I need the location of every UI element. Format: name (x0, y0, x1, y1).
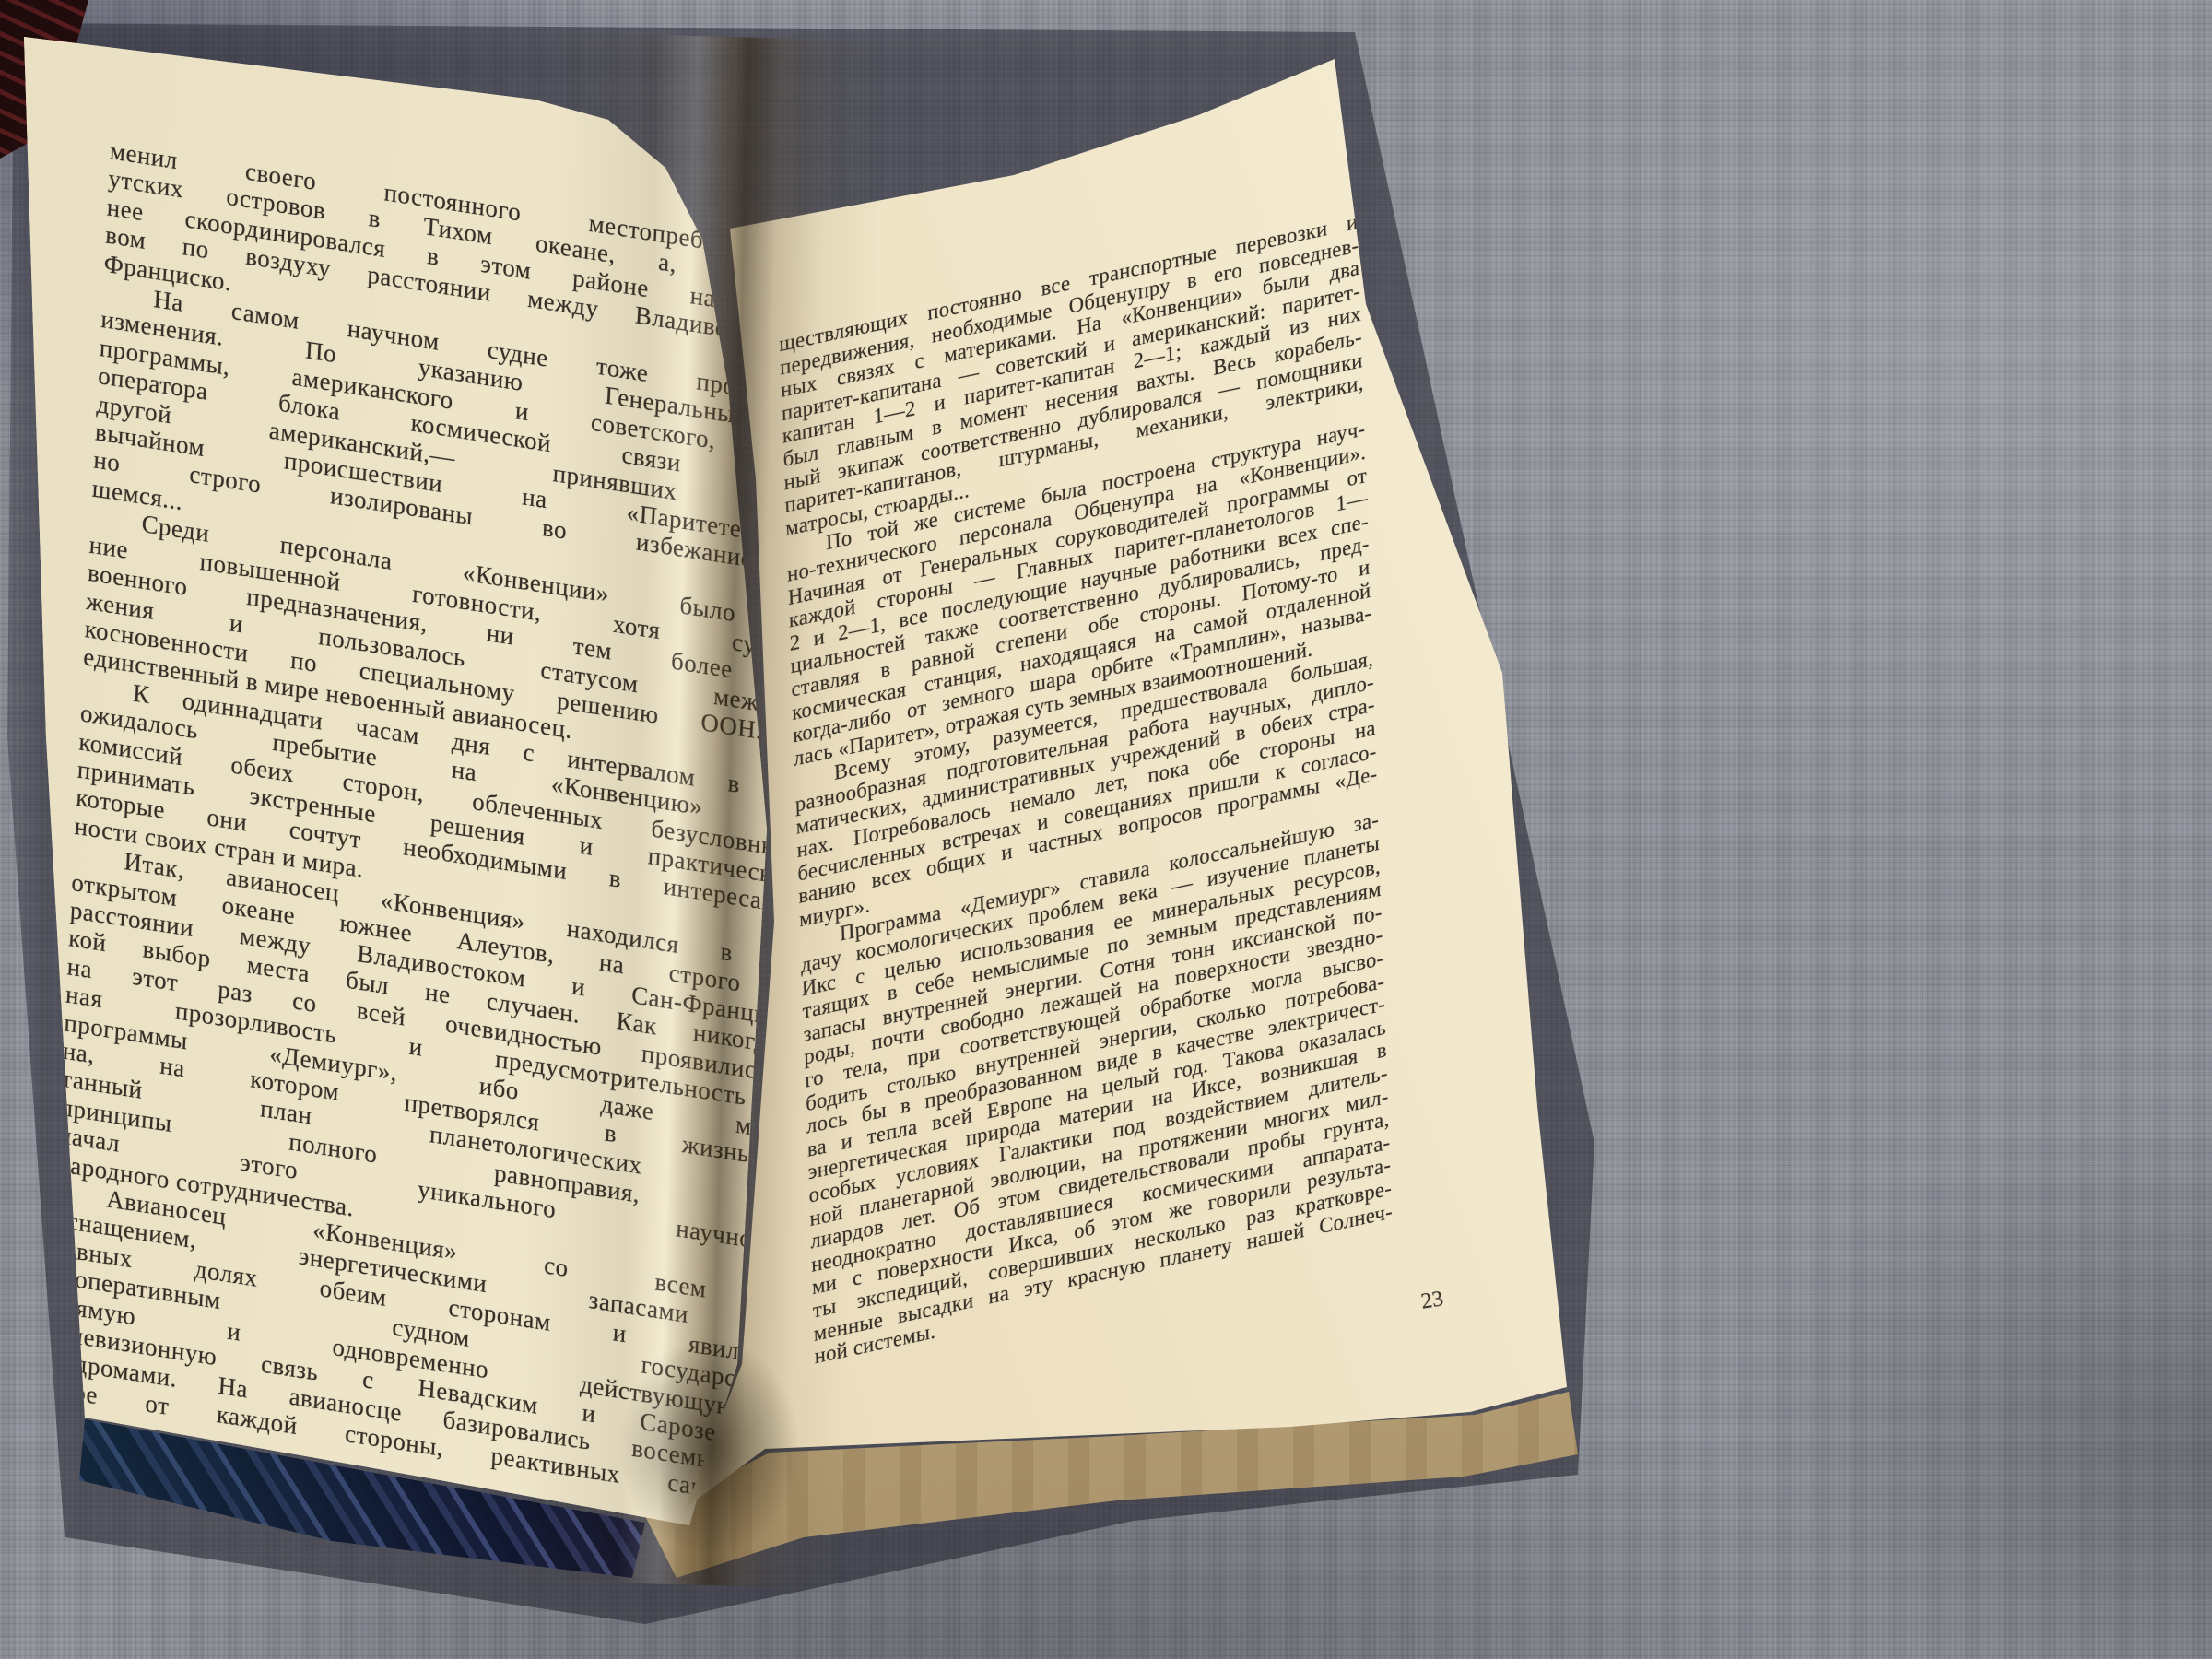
page-number-right: 23 (1419, 1287, 1445, 1314)
gutter-bottom-crease-shadow (581, 1290, 839, 1604)
photo-open-book: менил своего постоянного местопребывания… (0, 0, 2212, 1659)
